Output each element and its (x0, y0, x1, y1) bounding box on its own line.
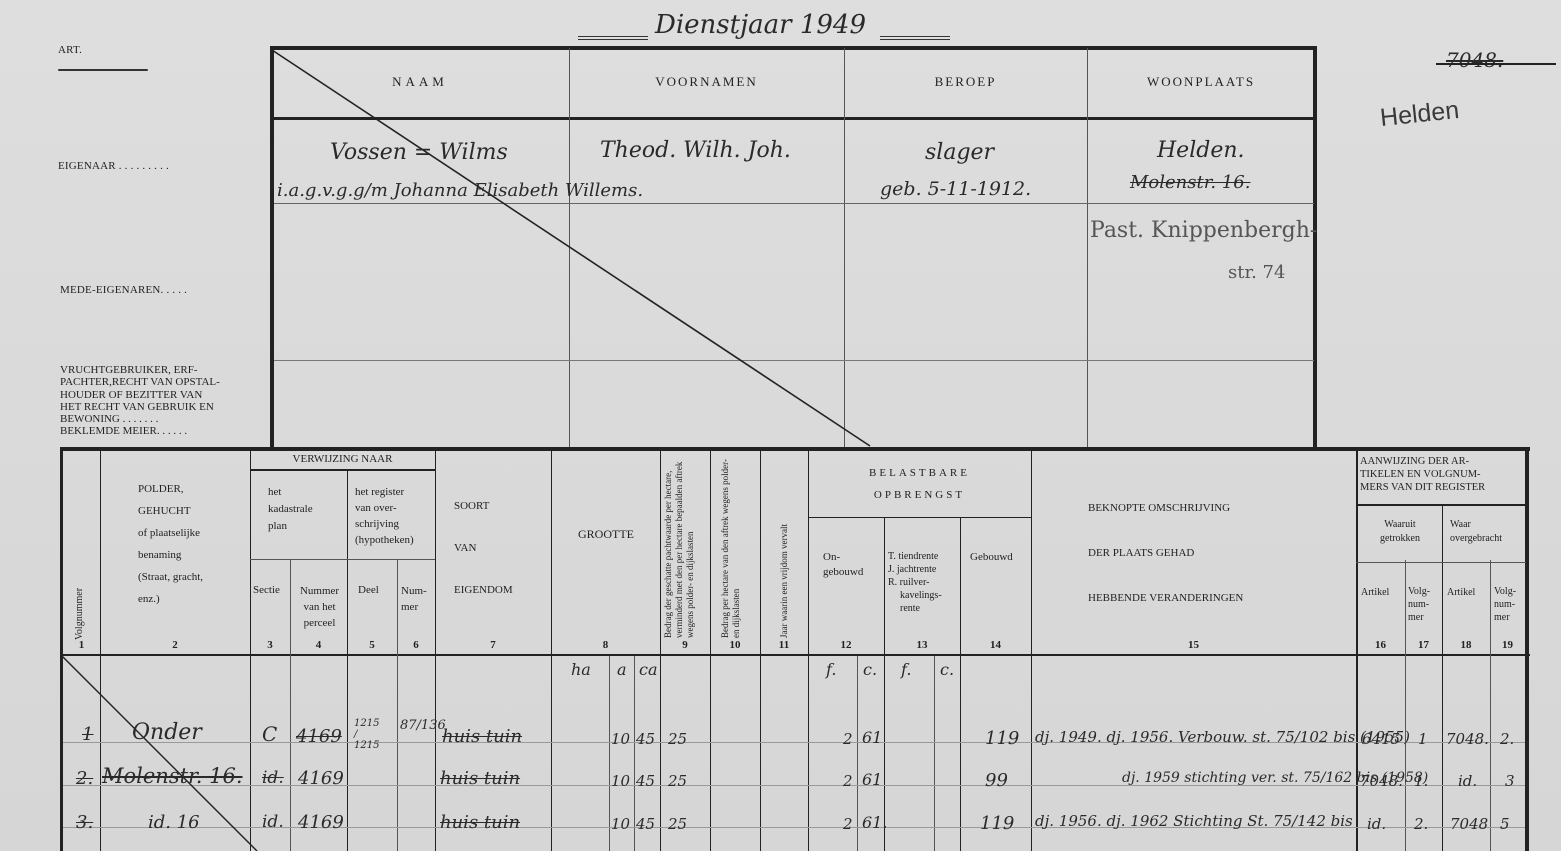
unit-c-13: c. (940, 660, 954, 679)
header-grootte: GROOTTE (551, 527, 661, 542)
owner-naam: Vossen = Wilms (330, 140, 508, 165)
owner-address-struck: Molenstr. 16. (1130, 172, 1250, 193)
header-pachtwaarde: Bedrag der geschatte pachtwaarde per hec… (663, 455, 707, 638)
unit-a: a (617, 660, 627, 679)
owner-address-pencil-1: Past. Knippenbergh- (1090, 218, 1317, 243)
header-voornamen: VOORNAMEN (569, 74, 844, 89)
header-volg-19: Volg- num- mer (1494, 585, 1516, 624)
owner-beroep: slager (925, 140, 994, 165)
art-flourish (58, 69, 148, 71)
header-verwijzing: VERWIJZING NAAR (250, 452, 435, 467)
owner-birthdate: geb. 5-11-1912. (880, 178, 1031, 200)
title-rule-left (578, 36, 648, 37)
header-naam: NAAM (270, 74, 570, 89)
art-label: ART. (58, 44, 82, 56)
owner-woonplaats: Helden. (1157, 138, 1245, 163)
header-artikel-18: Artikel (1447, 585, 1475, 600)
unit-ca: ca (639, 660, 658, 679)
header-aanwijzing: AANWIJZING DER AR- TIKELEN EN VOLGNUM- M… (1360, 455, 1485, 494)
header-belastbare: BELASTBARE OPBRENGST (808, 462, 1031, 506)
unit-c-12: c. (863, 660, 877, 679)
header-waar: Waar overgebracht (1450, 518, 1502, 546)
header-deel: Deel (358, 583, 379, 598)
owner-naam-line2: i.a.g.v.g.g/m Johanna Elisabeth Willems. (277, 180, 643, 201)
header-aftrek: Bedrag per hectare van den aftrek wegens… (720, 455, 746, 638)
title-rule-right (880, 36, 950, 37)
header-woonplaats: WOONPLAATS (1087, 74, 1315, 89)
header-artikel-16: Artikel (1361, 585, 1389, 600)
article-number-rule (1436, 63, 1556, 65)
unit-f-12: f. (826, 660, 836, 679)
title-rule-left-2 (578, 39, 648, 40)
header-volg-17: Volg- num- mer (1408, 585, 1430, 624)
unit-f-13: f. (901, 660, 911, 679)
header-beroep: BEROEP (844, 74, 1087, 89)
cancellation-diagonal (270, 48, 880, 448)
header-soort: SOORT VAN EIGENDOM (454, 485, 513, 611)
header-nummer: Num- mer (401, 583, 427, 615)
header-vrijdom: Jaar waarin een vrijdom vervalt (778, 455, 790, 638)
header-volgnummer: Volgnummer (74, 565, 86, 640)
header-register: het register van over- schrijving (hypot… (355, 484, 414, 548)
label-mede-eigenaren: MEDE-EIGENAREN. . . . . (60, 284, 187, 296)
header-sectie: Sectie (253, 583, 280, 598)
document-title: Dienstjaar 1949 (655, 10, 866, 40)
header-polder: POLDER, GEHUCHT of plaatselijke benaming… (138, 478, 203, 610)
title-rule-right-2 (880, 39, 950, 40)
header-ongebouwd: On- gebouwd (823, 550, 863, 580)
owner-address-pencil-2: str. 74 (1228, 262, 1285, 283)
header-waaruit: Waaruit getrokken (1358, 518, 1442, 546)
header-renten: T. tiendrente J. jachtrente R. ruilver- … (888, 550, 942, 615)
header-kadastrale: het kadastrale plan (268, 484, 313, 535)
header-nummer-perceel: Nummer van het perceel (292, 583, 347, 631)
article-number: 7048. (1446, 48, 1503, 72)
header-omschrijving: BEKNOPTE OMSCHRIJVING DER PLAATS GEHAD H… (1088, 486, 1243, 621)
unit-ha: ha (571, 660, 591, 679)
owner-voornamen: Theod. Wilh. Joh. (600, 138, 791, 163)
label-vruchtgebruiker: VRUCHTGEBRUIKER, ERF- PACHTER,RECHT VAN … (60, 364, 265, 438)
label-eigenaar: EIGENAAR . . . . . . . . . (58, 160, 169, 172)
header-gebouwd: Gebouwd (970, 550, 1013, 565)
